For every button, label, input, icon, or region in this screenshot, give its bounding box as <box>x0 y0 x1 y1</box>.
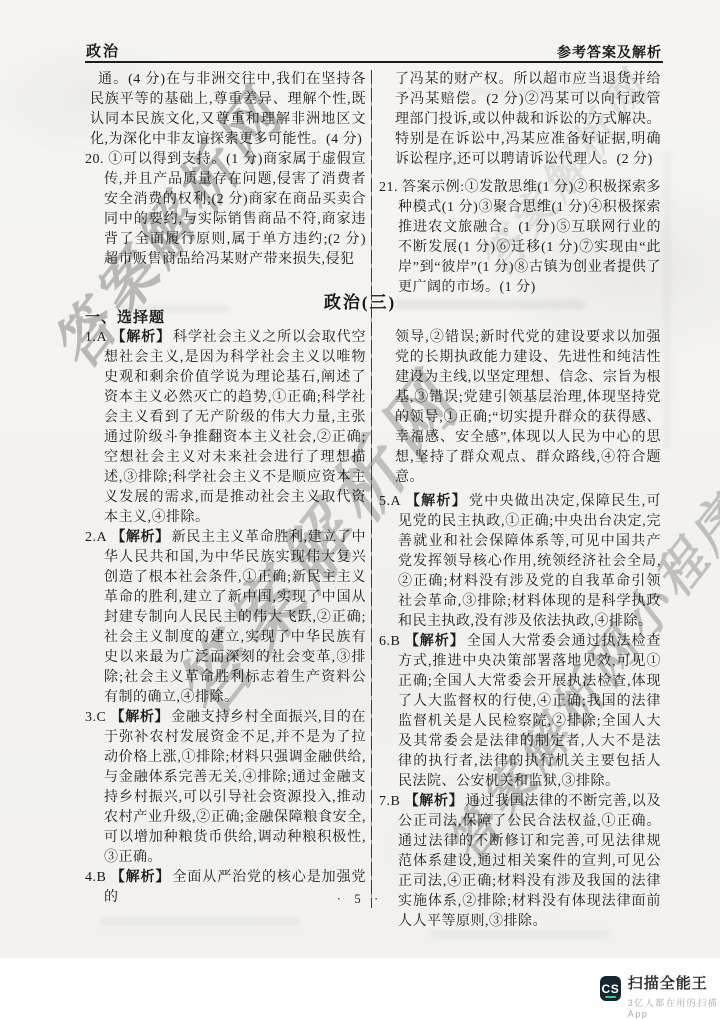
item-text: 答案示例:①发散思维(1 分)②积极探索多种模式(1 分)③聚合思维(1 分)④… <box>398 180 661 295</box>
item-number: 1.A <box>85 330 107 345</box>
section-heading-gap <box>85 270 366 308</box>
left-column: 通。(4 分)在与非洲交往中,我们在坚持各民族平等的基础上,尊重差异、理解个性,… <box>85 70 366 908</box>
item-number: 2.A <box>85 530 107 545</box>
previous-answer-tail: 通。(4 分)在与非洲交往中,我们在坚持各民族平等的基础上,尊重差异、理解个性,… <box>85 70 366 150</box>
item-number: 20. <box>85 152 104 167</box>
answer-item-1: 1.A【解析】科学社会主义之所以会取代空想社会主义,是因为科学社会主义以唯物史观… <box>85 328 366 528</box>
answer-item-6: 6.B【解析】全国人大常委会通过执法检查方式,推进中央决策部署落地见效,可见①正… <box>379 632 661 792</box>
right-column: 了冯某的财产权。所以超市应当退货并给予冯某赔偿。(2 分)②冯某可以向行政管理部… <box>379 70 661 932</box>
subject-title: 政治 <box>86 40 120 61</box>
answer-item-20: 20.①可以得到支持。(1 分)商家属于虚假宣传,并且产品质量存在问题,侵害了消… <box>85 150 366 270</box>
camscanner-app-name: 扫描全能王 <box>628 976 720 992</box>
camscanner-text-block: 扫描全能王 3亿人都在用的扫描App <box>628 976 720 1019</box>
camscanner-logo-accent <box>605 996 616 998</box>
camscanner-logo-text: CS <box>602 982 620 996</box>
item-text: 新民主主义革命胜利,建立了中华人民共和国,为中华民族实现伟大复兴创造了根本社会条… <box>104 530 366 705</box>
item-number: 6.B <box>379 634 400 649</box>
analysis-label: 【解析】 <box>404 634 464 649</box>
subsection-title: 一、选择题 <box>85 308 366 328</box>
header-rule <box>85 61 663 63</box>
camscanner-tagline: 3亿人都在用的扫描App <box>628 996 720 1019</box>
answer-item-20-tail: 了冯某的财产权。所以超市应当退货并给予冯某赔偿。(2 分)②冯某可以向行政管理部… <box>379 70 661 170</box>
answer-key-title: 参考答案及解析 <box>557 42 662 62</box>
analysis-label: 【解析】 <box>110 710 169 725</box>
item-number: 21. <box>379 180 398 195</box>
item-text: 通过我国法律的不断完善,以及公正司法,保障了公民合法权益,①正确。通过法律的不断… <box>398 794 661 929</box>
answer-item-2: 2.A【解析】新民主主义革命胜利,建立了中华人民共和国,为中华民族实现伟大复兴创… <box>85 528 366 708</box>
analysis-label: 【解析】 <box>404 794 463 809</box>
answer-item-3: 3.C【解析】金融支持乡村全面振兴,目的在于弥补农村发展资金不足,并不是为了拉动… <box>85 708 366 868</box>
camscanner-footer: CS 扫描全能王 3亿人都在用的扫描App <box>600 976 720 1019</box>
item-text: 金融支持乡村全面振兴,目的在于弥补农村发展资金不足,并不是为了拉动价格上涨,①排… <box>104 710 366 865</box>
item-text: 科学社会主义之所以会取代空想社会主义,是因为科学社会主义以唯物史观和剩余价值学说… <box>104 330 366 525</box>
item-number: 3.C <box>85 710 106 725</box>
answer-item-7: 7.B【解析】通过我国法律的不断完善,以及公正司法,保障了公民合法权益,①正确。… <box>379 792 661 932</box>
answer-item-5: 5.A【解析】党中央做出决定,保障民生,可见党的民主执政,①正确;中央出台决定,… <box>379 492 661 632</box>
item-number: 5.A <box>379 494 401 509</box>
column-divider <box>371 70 372 908</box>
item-text: 全国人大常委会通过执法检查方式,推进中央决策部署落地见效,可见①正确;全国人大常… <box>398 634 661 789</box>
analysis-label: 【解析】 <box>405 494 467 509</box>
item-number: 7.B <box>379 794 400 809</box>
item-text: ①可以得到支持。(1 分)商家属于虚假宣传,并且产品质量存在问题,侵害了消费者安… <box>104 152 366 267</box>
analysis-label: 【解析】 <box>111 530 170 545</box>
section-heading-gap <box>379 298 661 328</box>
answer-item-4-tail: 领导,②错误;新时代党的建设要求以加强党的长期执政能力建设、先进性和纯洁性建设为… <box>379 328 661 488</box>
item-text: 党中央做出决定,保障民生,可见党的民主执政,①正确;中央出台决定,完善就业和社会… <box>398 494 661 629</box>
page-number: · 5 · <box>0 891 720 907</box>
answer-item-21: 21.答案示例:①发散思维(1 分)②积极探索多种模式(1 分)③聚合思维(1 … <box>379 178 661 298</box>
item-number: 4.B <box>85 870 106 885</box>
analysis-label: 【解析】 <box>111 330 171 345</box>
scanned-answer-page: 答案解析网 答案解析网 答案解析网小程序 答案解析网 政治 参考答案及解析 政治… <box>0 0 720 1019</box>
camscanner-logo-icon: CS <box>600 976 621 1001</box>
analysis-label: 【解析】 <box>110 870 170 885</box>
